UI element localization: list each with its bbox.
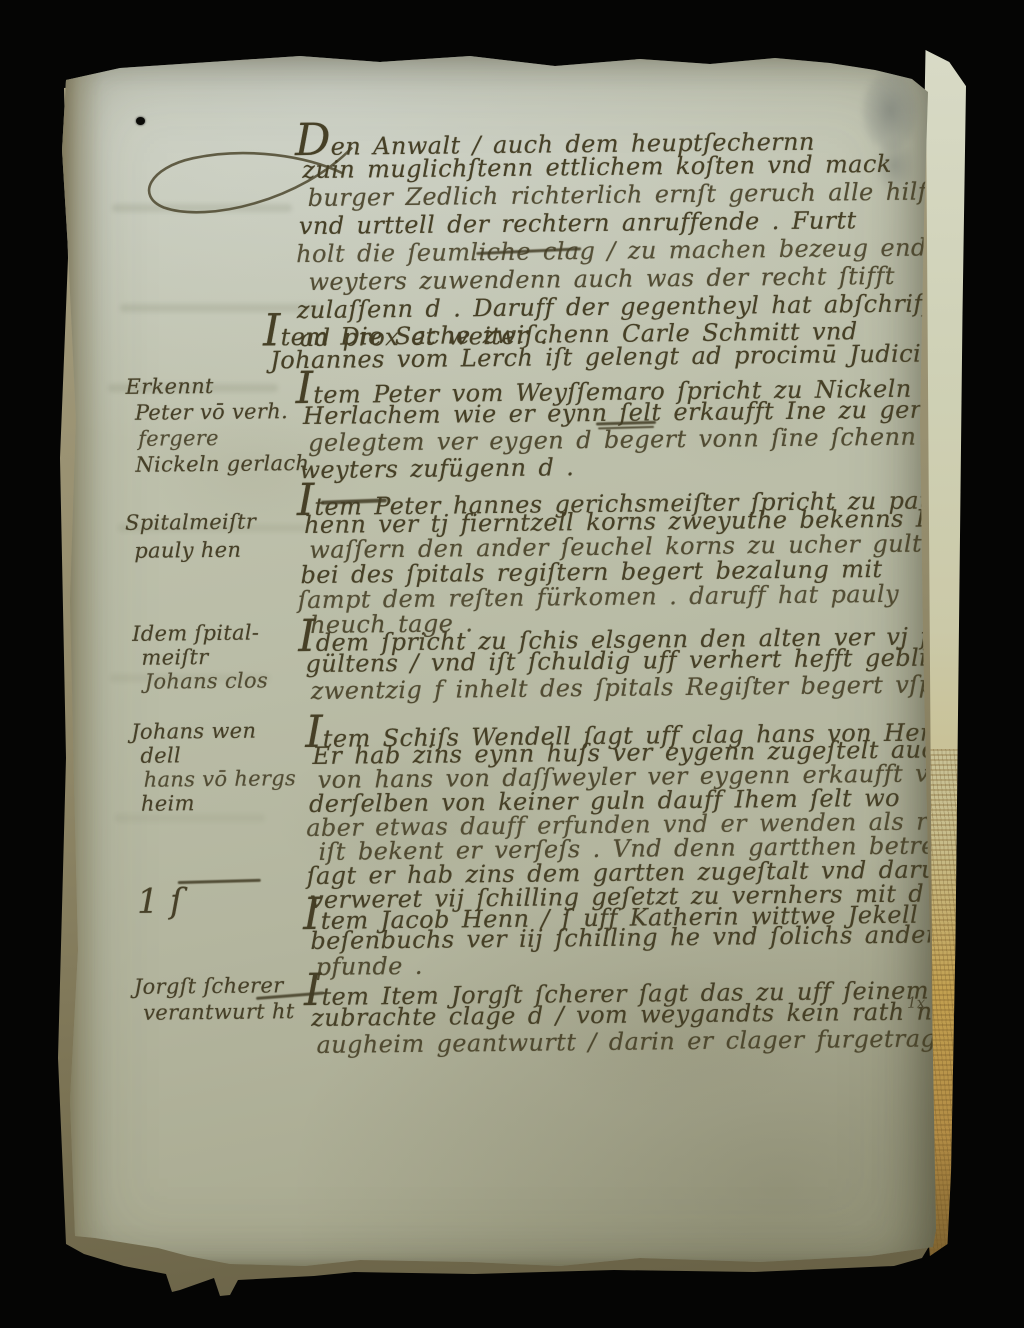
margin-note-line: verantwurt ht bbox=[143, 998, 295, 1026]
margin-note: Idem ſpital- meiſtr Johans clos bbox=[132, 621, 260, 694]
manuscript-line: iſt bekent er verſeſs . Vnd denn gartthe… bbox=[318, 832, 936, 864]
margin-note: Spitalmeiſtr pauly hen bbox=[125, 508, 257, 565]
margin-note-line: fergere bbox=[138, 424, 312, 452]
marginal-side-mark: 1x bbox=[907, 994, 925, 1012]
entry-paragraph: Idem ſpricht zu ſchis elsgenn den alten … bbox=[298, 617, 936, 706]
margin-note-line: heim bbox=[141, 790, 294, 816]
entry-paragraph: Item Jacob Henn / ſ uff Katherin wittwe … bbox=[303, 896, 931, 981]
entry-paragraph: Item Schiſs Wendell ſagt uff clag hans v… bbox=[305, 712, 936, 912]
margin-note: Johans wen dell hans vō hergs heim bbox=[131, 718, 284, 816]
margin-note-line: Peter vō verh. bbox=[135, 398, 309, 426]
margin-note: Erkennt Peter vō verh. fergere Nickeln g… bbox=[125, 372, 300, 478]
margin-note-line: Spitalmeiſtr bbox=[125, 508, 256, 537]
margin-note-line: dell bbox=[140, 742, 293, 768]
manuscript-photo: Den Anwalt / auch dem heuptſechernn zuin… bbox=[0, 0, 1024, 1328]
entry-paragraph: Item Peter hannes gerichsmeiſter ſpricht… bbox=[297, 481, 936, 638]
margin-dash bbox=[178, 879, 261, 884]
manuscript-page: Den Anwalt / auch dem heuptſechernn zuin… bbox=[60, 54, 936, 1286]
margin-note-line: Johans clos bbox=[145, 668, 272, 693]
entry-paragraph: Item Die Sache zwiſchenn Carle Schmitt v… bbox=[263, 311, 930, 374]
margin-note-line: Johans wen bbox=[131, 718, 284, 744]
margin-note-line: pauly hen bbox=[134, 535, 265, 564]
manuscript-line: zwentzig f inhelt des ſpitals Regiſter b… bbox=[311, 670, 936, 705]
handwritten-text-layer: Den Anwalt / auch dem heuptſechernn zuin… bbox=[60, 54, 936, 1286]
margin-note-line: Erkennt bbox=[125, 372, 299, 400]
margin-note-line: Idem ſpital- bbox=[132, 621, 259, 646]
margin-note-line: 1 ſ bbox=[137, 879, 183, 923]
manuscript-line: weyters zufügenn d . bbox=[299, 450, 936, 484]
margin-note-line: Nickeln gerlach bbox=[135, 450, 309, 478]
entry-paragraph: Item Item Jorgſt ſcherer ſagt das zu uff… bbox=[304, 971, 936, 1059]
margin-note-line: meiſtr bbox=[141, 644, 268, 669]
margin-note-line: hans vō hergs bbox=[144, 766, 297, 792]
manuscript-line: Johannes vom Lerch iſt gelengt ad procim… bbox=[270, 339, 936, 374]
manuscript-line: augheim geantwurtt / darin er clager fur… bbox=[316, 1025, 936, 1059]
margin-tally-mark: 1 ſ bbox=[137, 879, 183, 923]
